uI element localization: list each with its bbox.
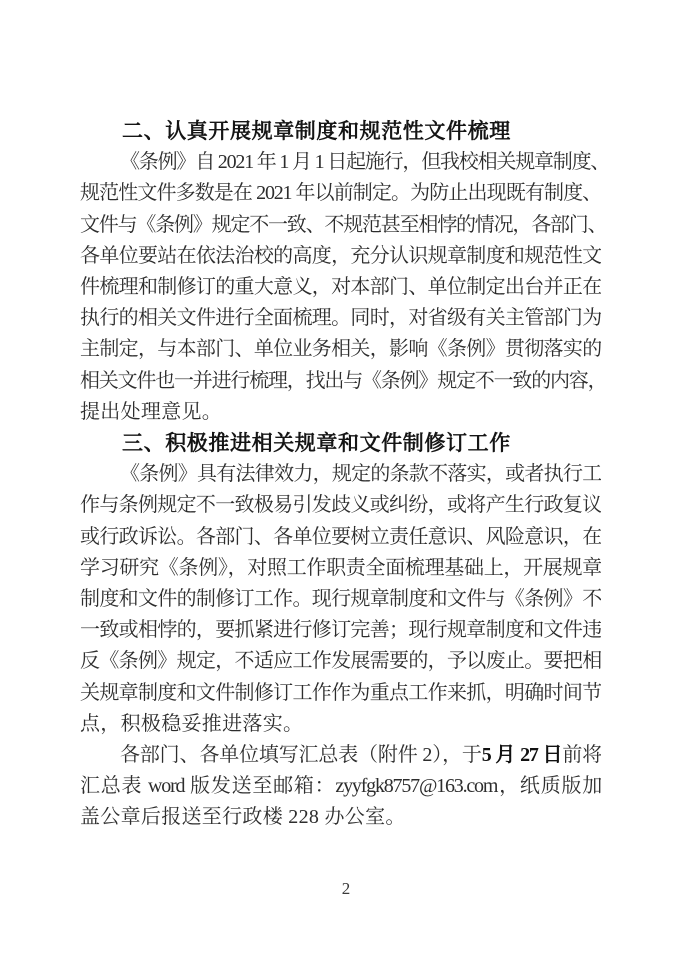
page-number: 2 bbox=[0, 874, 692, 904]
email-address: zyyfgk8757@163.com bbox=[335, 775, 497, 797]
paragraph-1-line: 件梳理和制修订的重大意义，对本部门、单位制定出台并正在 bbox=[80, 272, 601, 303]
paragraph-2-line: 关规章制度和文件制修订工作作为重点工作来抓，明确时间节 bbox=[80, 678, 601, 709]
paragraph-1-line: 规范性文件多数是在 2021 年以前制定。为防止出现既有制度、 bbox=[80, 178, 601, 209]
paragraph-1-line: 执行的相关文件进行全面梳理。同时，对省级有关主管部门为 bbox=[80, 303, 601, 334]
paragraph-1-line: 文件与《条例》规定不一致、不规范甚至相悖的情况，各部门、 bbox=[80, 210, 601, 241]
paragraph-1-line: 主制定，与本部门、单位业务相关，影响《条例》贯彻落实的 bbox=[80, 334, 601, 365]
paragraph-2-line: 学习研究《条例》，对照工作职责全面梳理基础上，开展规章 bbox=[80, 553, 601, 584]
section-3-heading: 三、积极推进相关规章和文件制修订工作 bbox=[80, 428, 601, 459]
deadline-date: 5 月 27 日 bbox=[482, 744, 563, 766]
paragraph-3-text: ，纸质版加 bbox=[497, 775, 601, 797]
paragraph-2-line: 《条例》具有法律效力，规定的条款不落实，或者执行工 bbox=[80, 459, 601, 490]
paragraph-2-line: 点，积极稳妥推进落实。 bbox=[80, 709, 601, 740]
paragraph-2-line: 反《条例》规定，不适应工作发展需要的，予以废止。要把相 bbox=[80, 646, 601, 677]
document-page: 二、认真开展规章制度和规范性文件梳理 《条例》自 2021 年 1 月 1 日起… bbox=[0, 0, 692, 977]
paragraph-1-line: 《条例》自 2021 年 1 月 1 日起施行，但我校相关规章制度、 bbox=[80, 147, 601, 178]
paragraph-1-line: 各单位要站在依法治校的高度，充分认识规章制度和规范性文 bbox=[80, 241, 601, 272]
section-2-heading: 二、认真开展规章制度和规范性文件梳理 bbox=[80, 116, 601, 147]
paragraph-3-line: 盖公章后报送至行政楼 228 办公室。 bbox=[80, 802, 601, 833]
paragraph-1-line: 提出处理意见。 bbox=[80, 397, 601, 428]
paragraph-2-line: 作与条例规定不一致极易引发歧义或纠纷，或将产生行政复议 bbox=[80, 490, 601, 521]
paragraph-2-line: 制度和文件的制修订工作。现行规章制度和文件与《条例》不 bbox=[80, 584, 601, 615]
paragraph-1-line: 相关文件也一并进行梳理，找出与《条例》规定不一致的内容， bbox=[80, 366, 601, 397]
paragraph-2-line: 一致或相悖的，要抓紧进行修订完善；现行规章制度和文件违 bbox=[80, 615, 601, 646]
paragraph-3-line: 汇总表 word 版发送至邮箱：zyyfgk8757@163.com，纸质版加 bbox=[80, 771, 601, 802]
paragraph-3-text: 前将 bbox=[562, 744, 601, 766]
paragraph-3-text: 各部门、各单位填写汇总表（附件 2），于 bbox=[120, 744, 482, 766]
document-content: 二、认真开展规章制度和规范性文件梳理 《条例》自 2021 年 1 月 1 日起… bbox=[80, 116, 601, 834]
paragraph-3-line: 各部门、各单位填写汇总表（附件 2），于5 月 27 日前将 bbox=[80, 740, 601, 771]
paragraph-3-text: 汇总表 word 版发送至邮箱： bbox=[80, 775, 335, 797]
paragraph-2-line: 或行政诉讼。各部门、各单位要树立责任意识、风险意识，在 bbox=[80, 522, 601, 553]
